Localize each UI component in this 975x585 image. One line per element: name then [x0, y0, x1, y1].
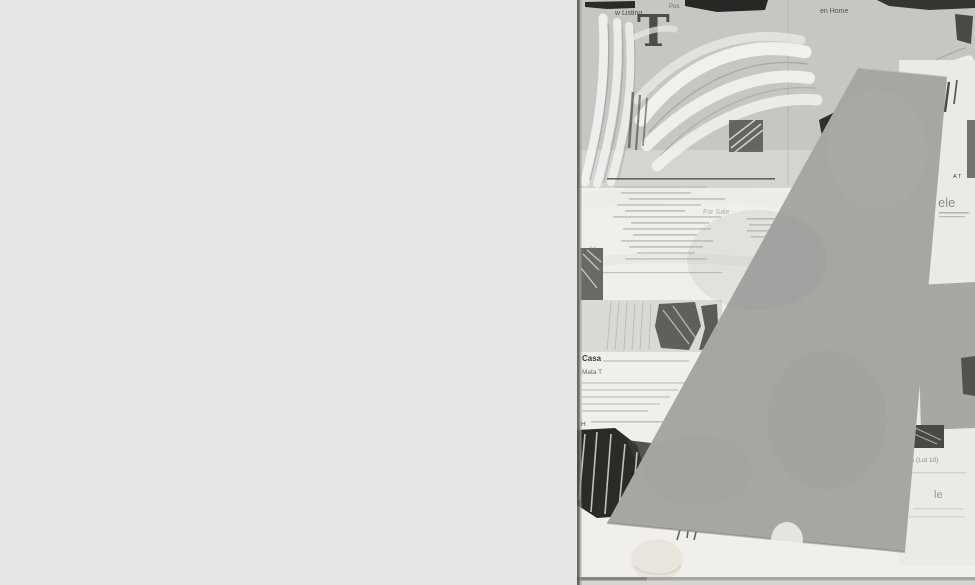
- artwork-canvas: T: [577, 0, 975, 585]
- h-fragment: H: [581, 421, 586, 428]
- caption-home: en Home: [820, 8, 849, 15]
- mata-subheading: Mata T: [582, 369, 602, 376]
- casa-heading: Casa: [582, 354, 602, 363]
- caption-pos: Pos: [669, 4, 679, 10]
- for-sale-heading: For Sale: [703, 209, 730, 216]
- caption-listing: w Listing: [614, 10, 642, 17]
- lot-word-text: le: [934, 489, 943, 501]
- artwork-photo: T: [577, 0, 975, 585]
- page-background: T: [0, 0, 975, 585]
- right-at-fragment: A T: [953, 174, 962, 180]
- right-ele-word: ele: [938, 195, 955, 210]
- artwork-left-edge: [577, 0, 582, 585]
